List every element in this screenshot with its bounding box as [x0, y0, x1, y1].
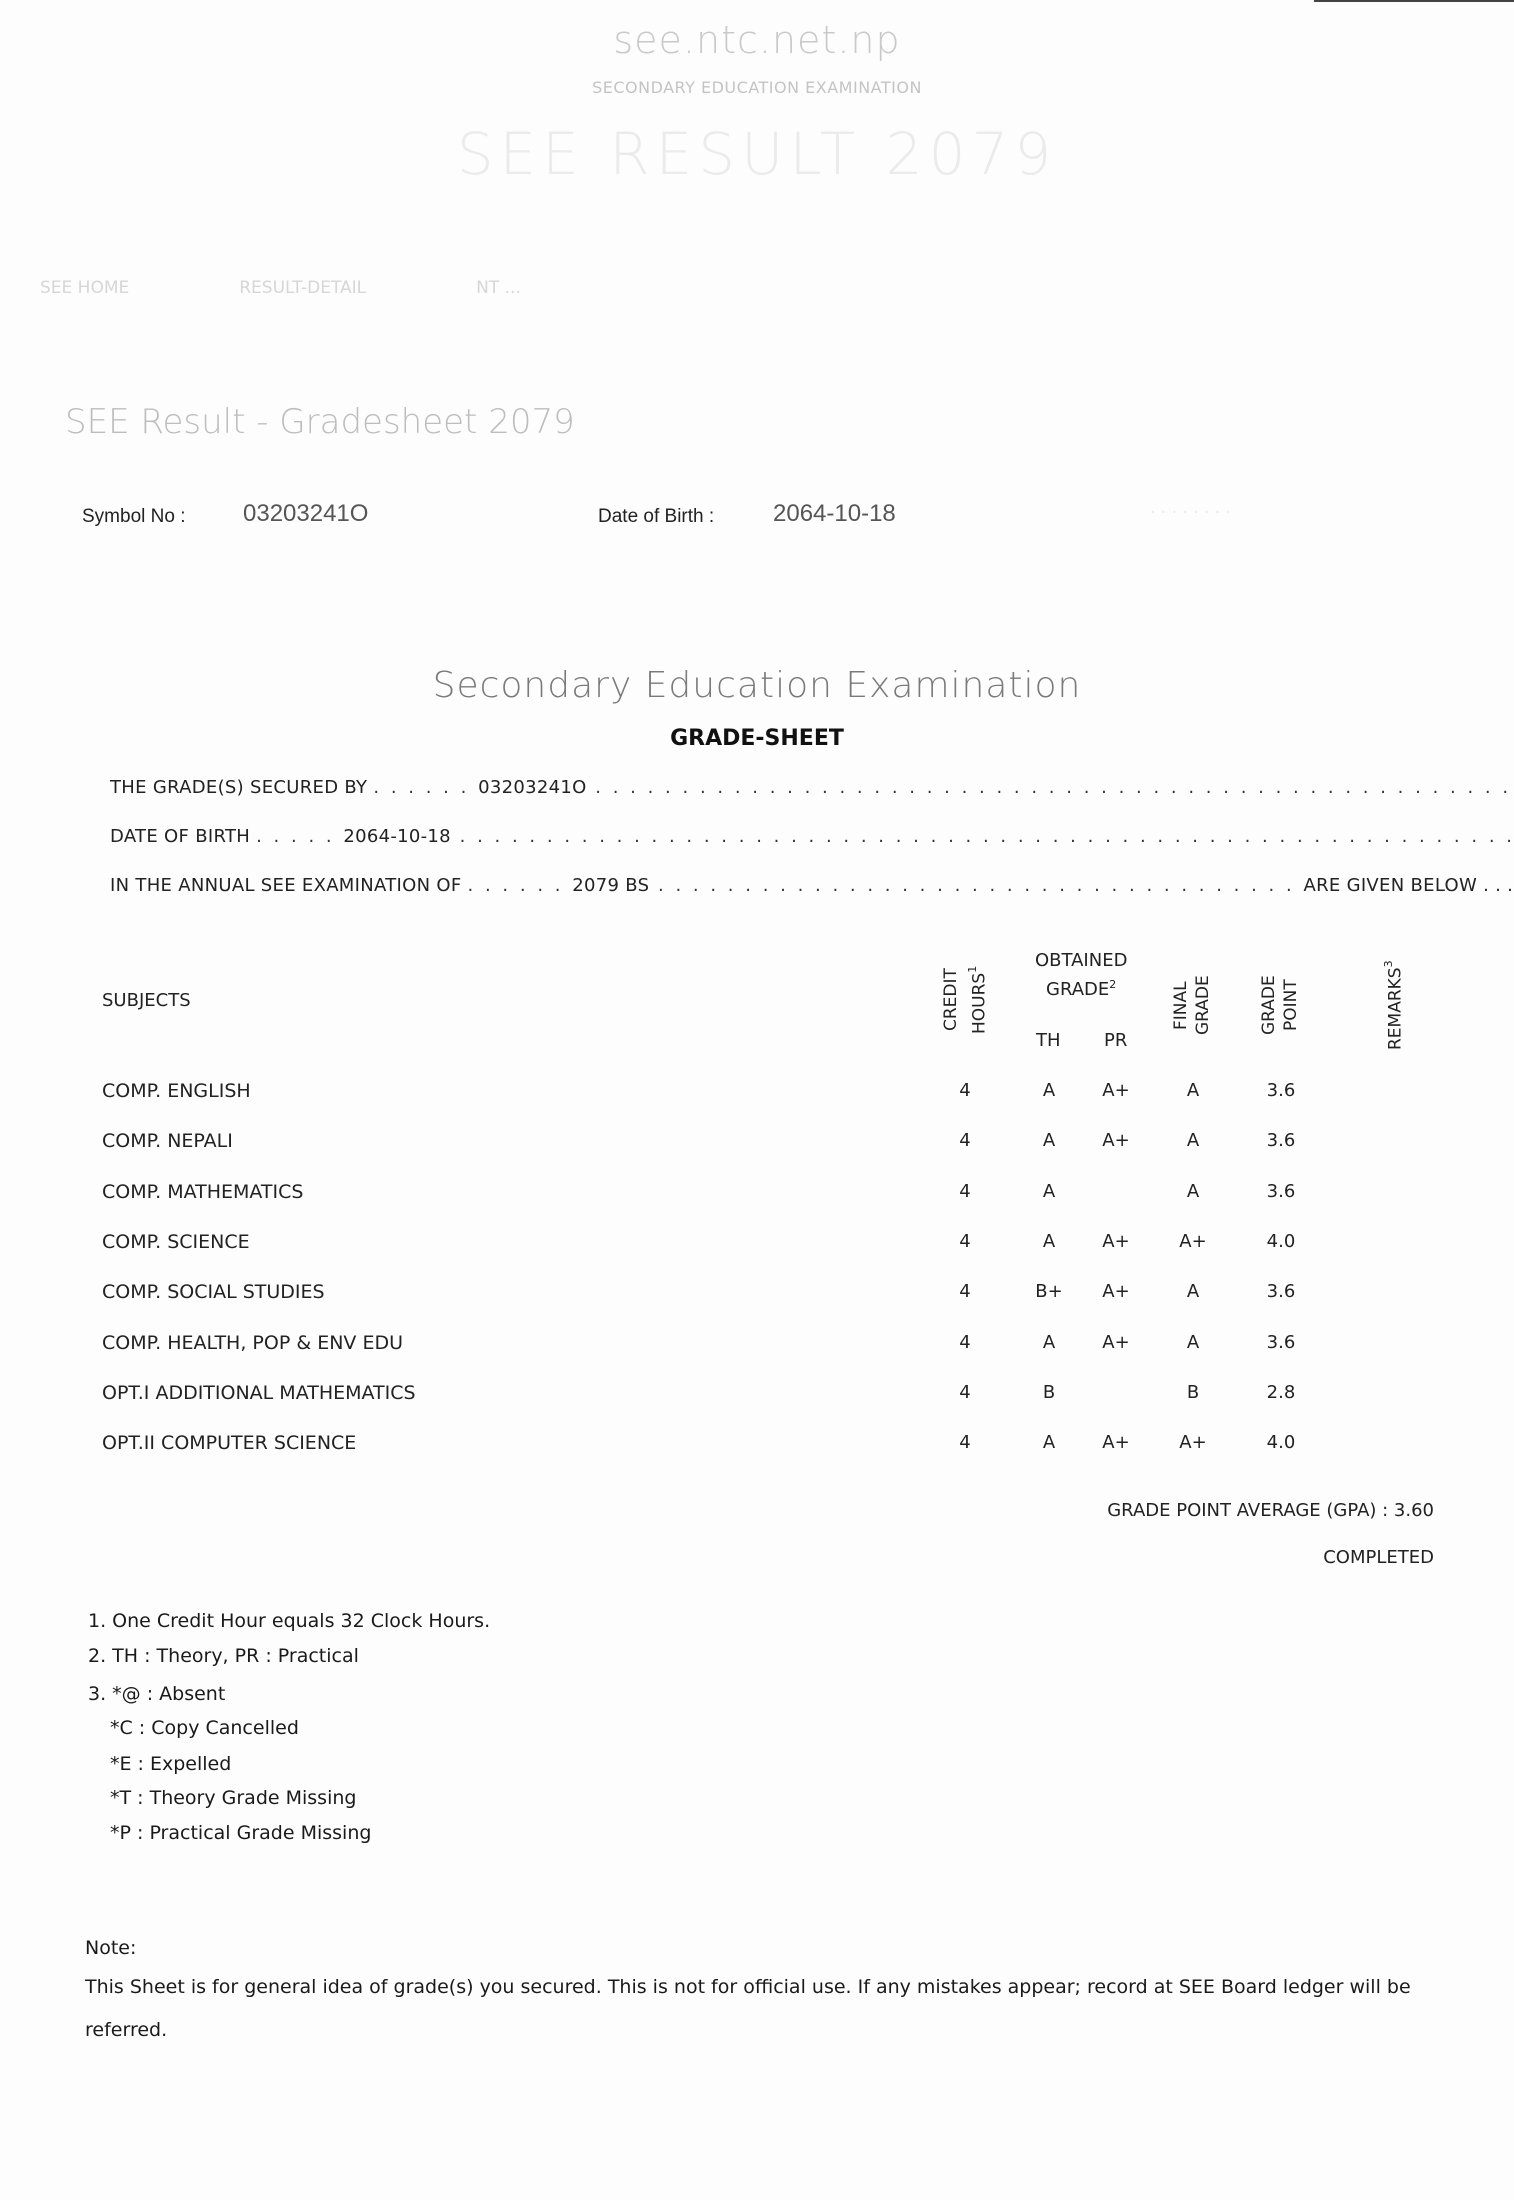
cell-credit: 4: [935, 1231, 995, 1252]
cell-pr: A+: [1086, 1130, 1146, 1151]
header-final-grade: FINAL GRADE: [1170, 968, 1216, 1043]
table-row: COMP. SOCIAL STUDIES4B+A+A3.6: [0, 1281, 1514, 1311]
table-row: COMP. MATHEMATICS4AA3.6: [0, 1181, 1514, 1211]
footnote-item: *E : Expelled: [110, 1753, 231, 1775]
cell-final: A: [1163, 1181, 1223, 1202]
header-pr: PR: [1104, 1030, 1127, 1051]
cell-credit: 4: [935, 1080, 995, 1101]
remarks-footnote-ref: 3: [1382, 960, 1395, 967]
header-credit-hours: CREDIT HOURS1: [940, 955, 991, 1045]
header-obtained-line2: GRADE2: [1046, 978, 1116, 1000]
cell-gp: 2.8: [1251, 1382, 1311, 1403]
header-remarks: REMARKS3: [1378, 955, 1407, 1055]
cell-th: A: [1019, 1332, 1079, 1353]
cell-th: A: [1019, 1181, 1079, 1202]
cell-final: A: [1163, 1281, 1223, 1302]
header-obtained-line1: OBTAINED: [1035, 950, 1127, 971]
cell-gp: 3.6: [1251, 1080, 1311, 1101]
table-row: COMP. NEPALI4AA+A3.6: [0, 1130, 1514, 1160]
sheet-subtitle: GRADE-SHEET: [0, 726, 1514, 751]
table-row: OPT.II COMPUTER SCIENCE4AA+A+4.0: [0, 1432, 1514, 1462]
cell-pr: A+: [1086, 1332, 1146, 1353]
cell-credit: 4: [935, 1382, 995, 1403]
cell-th: B: [1019, 1382, 1079, 1403]
dob-value: 2064-10-18: [773, 500, 896, 528]
cell-th: A: [1019, 1231, 1079, 1252]
table-row: COMP. HEALTH, POP & ENV EDU4AA+A3.6: [0, 1332, 1514, 1362]
header-remarks-text: REMARKS: [1386, 967, 1406, 1050]
dob-label: Date of Birth :: [598, 506, 714, 528]
cell-final: A: [1163, 1332, 1223, 1353]
gpa-label: GRADE POINT AVERAGE (GPA) :: [1107, 1500, 1388, 1521]
cell-gp: 3.6: [1251, 1281, 1311, 1302]
nav-item-home[interactable]: SEE HOME: [40, 278, 129, 298]
exam-line: IN THE ANNUAL SEE EXAMINATION OF . . . .…: [110, 875, 1513, 896]
gpa-value: 3.60: [1394, 1500, 1434, 1521]
site-subtitle: SECONDARY EDUCATION EXAMINATION: [0, 78, 1514, 97]
secured-by-value: 03203241O: [478, 777, 587, 798]
exam-line-label: IN THE ANNUAL SEE EXAMINATION OF: [110, 875, 462, 896]
subject-name: COMP. MATHEMATICS: [102, 1181, 303, 1203]
cell-credit: 4: [935, 1181, 995, 1202]
note-text: This Sheet is for general idea of grade(…: [85, 1966, 1445, 2052]
cell-gp: 3.6: [1251, 1130, 1311, 1151]
sheet-title: Secondary Education Examination: [0, 665, 1514, 706]
header-th: TH: [1036, 1030, 1061, 1051]
footnote-item: *T : Theory Grade Missing: [110, 1787, 356, 1809]
scan-edge: [1314, 0, 1514, 2]
header-obtained-text: GRADE: [1046, 979, 1109, 1000]
cell-gp: 3.6: [1251, 1332, 1311, 1353]
faint-link: · · · · · · · ·: [1150, 503, 1231, 523]
exam-line-suffix: ARE GIVEN BELOW . . .: [1303, 875, 1513, 896]
footnote-item: *C : Copy Cancelled: [110, 1717, 299, 1739]
cell-final: A+: [1163, 1231, 1223, 1252]
subject-name: COMP. ENGLISH: [102, 1080, 251, 1102]
credit-footnote-ref: 1: [966, 966, 979, 973]
cell-final: A: [1163, 1130, 1223, 1151]
subject-name: COMP. SOCIAL STUDIES: [102, 1281, 325, 1303]
note-label: Note:: [85, 1937, 136, 1959]
table-row: COMP. SCIENCE4AA+A+4.0: [0, 1231, 1514, 1261]
nav-item-result[interactable]: RESULT-DETAIL: [239, 278, 366, 298]
subject-name: COMP. NEPALI: [102, 1130, 233, 1152]
cell-final: A+: [1163, 1432, 1223, 1453]
banner-title: SEE RESULT 2079: [0, 120, 1514, 188]
symbol-value: 03203241O: [243, 500, 368, 528]
cell-pr: A+: [1086, 1432, 1146, 1453]
subject-name: COMP. SCIENCE: [102, 1231, 250, 1253]
header-grade-point: GRADE POINT: [1258, 968, 1304, 1043]
nav-item-other[interactable]: NT ...: [476, 278, 521, 298]
cell-th: B+: [1019, 1281, 1079, 1302]
exam-line-value: 2079 BS: [572, 875, 649, 896]
subject-name: OPT.II COMPUTER SCIENCE: [102, 1432, 356, 1454]
footnote-item: 3. *@ : Absent: [88, 1683, 225, 1705]
cell-pr: A+: [1086, 1281, 1146, 1302]
cell-credit: 4: [935, 1332, 995, 1353]
cell-final: A: [1163, 1080, 1223, 1101]
cell-credit: 4: [935, 1432, 995, 1453]
nav-bar: SEE HOME RESULT-DETAIL NT ...: [40, 278, 521, 298]
footnote-item: 1. One Credit Hour equals 32 Clock Hours…: [88, 1610, 490, 1632]
footnote-item: 2. TH : Theory, PR : Practical: [88, 1645, 359, 1667]
cell-pr: A+: [1086, 1080, 1146, 1101]
page-heading: SEE Result - Gradesheet 2079: [65, 402, 575, 442]
cell-th: A: [1019, 1130, 1079, 1151]
cell-gp: 3.6: [1251, 1181, 1311, 1202]
subject-name: COMP. HEALTH, POP & ENV EDU: [102, 1332, 403, 1354]
secured-by-line: THE GRADE(S) SECURED BY . . . . . . 0320…: [110, 777, 1514, 798]
header-subjects: SUBJECTS: [102, 990, 191, 1011]
site-url: see.ntc.net.np: [0, 18, 1514, 62]
cell-pr: A+: [1086, 1231, 1146, 1252]
cell-th: A: [1019, 1080, 1079, 1101]
symbol-label: Symbol No :: [82, 506, 185, 528]
result-status: COMPLETED: [1323, 1547, 1434, 1568]
cell-final: B: [1163, 1382, 1223, 1403]
dob-line-value: 2064-10-18: [343, 826, 451, 847]
secured-by-label: THE GRADE(S) SECURED BY: [110, 777, 367, 798]
cell-gp: 4.0: [1251, 1231, 1311, 1252]
footnote-item: *P : Practical Grade Missing: [110, 1822, 371, 1844]
obtained-footnote-ref: 2: [1109, 978, 1116, 991]
cell-th: A: [1019, 1432, 1079, 1453]
table-row: OPT.I ADDITIONAL MATHEMATICS4BB2.8: [0, 1382, 1514, 1412]
gpa-line: GRADE POINT AVERAGE (GPA) : 3.60: [1107, 1500, 1434, 1521]
cell-credit: 4: [935, 1281, 995, 1302]
subject-name: OPT.I ADDITIONAL MATHEMATICS: [102, 1382, 416, 1404]
cell-credit: 4: [935, 1130, 995, 1151]
table-row: COMP. ENGLISH4AA+A3.6: [0, 1080, 1514, 1110]
header-credit-hours-text: CREDIT HOURS: [941, 969, 990, 1035]
cell-gp: 4.0: [1251, 1432, 1311, 1453]
dob-line: DATE OF BIRTH . . . . . 2064-10-18 . . .…: [110, 826, 1514, 847]
dob-line-label: DATE OF BIRTH: [110, 826, 250, 847]
